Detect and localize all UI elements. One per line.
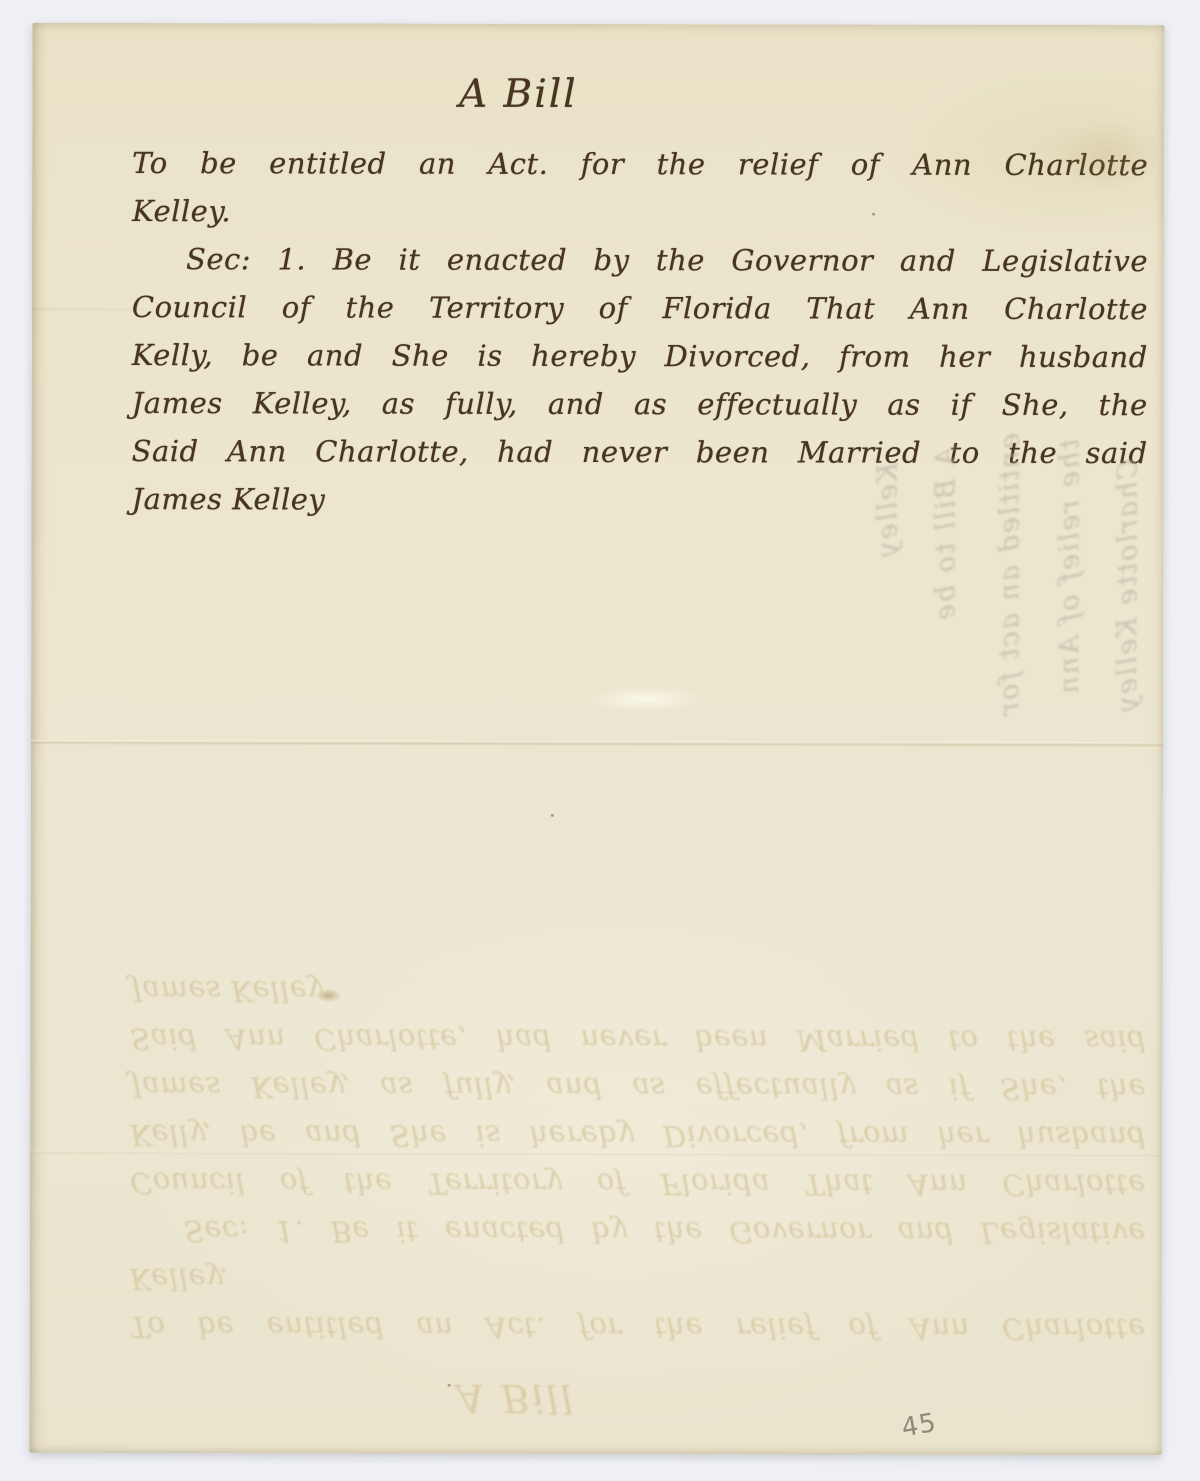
paper-stain [586, 686, 706, 712]
manuscript-line: James Kelley, as fully, and as effectual… [132, 383, 1148, 425]
manuscript-text-block: A Bill To be entitled an Act. for the re… [131, 67, 1148, 541]
manuscript-line: Kelley. [132, 191, 1148, 233]
manuscript-line: Kelly, be and She is hereby Divorced, fr… [132, 335, 1148, 377]
fold-imprint-title: A Bill [130, 1374, 902, 1421]
manuscript-line: Sec: 1. Be it enacted by the Governor an… [132, 239, 1148, 281]
manuscript-line: Council of the Territory of Florida That… [132, 287, 1148, 329]
manuscript-line: James Kelley [131, 479, 1147, 521]
fold-imprint-line: To be entitled an Act. for the relief of… [130, 1307, 1146, 1349]
manuscript-line: Said Ann Charlotte, had never been Marri… [132, 431, 1148, 473]
fold-imprint-line: Council of the Territory of Florida That… [130, 1163, 1146, 1205]
paper-speck [872, 213, 875, 216]
fold-imprint-line: Kelley. [130, 1259, 1146, 1301]
fold-imprint-line: James Kelley, as fully, and as effectual… [130, 1067, 1146, 1109]
fold-imprint-line: Said Ann Charlotte, had never been Marri… [130, 1019, 1146, 1061]
scan-background: { "document": { "title": "A Bill", "line… [0, 0, 1200, 1481]
manuscript-line: To be entitled an Act. for the relief of… [132, 143, 1148, 185]
page-number-pencil: 45 [899, 1408, 939, 1444]
fold-offset-imprint: A Bill To be entitled an Act. for the re… [130, 951, 1147, 1425]
manuscript-paper-sheet: A Bill To be entitled an Act. for the re… [30, 23, 1165, 1455]
paper-speck [551, 814, 554, 817]
fold-crease [31, 740, 1163, 747]
fold-imprint-line: Kelly, be and She is hereby Divorced, fr… [130, 1115, 1146, 1157]
fold-imprint-line: Sec: 1. Be it enacted by the Governor an… [130, 1211, 1146, 1253]
fold-imprint-line: James Kelley [130, 971, 1146, 1013]
document-title: A Bill [132, 71, 904, 118]
